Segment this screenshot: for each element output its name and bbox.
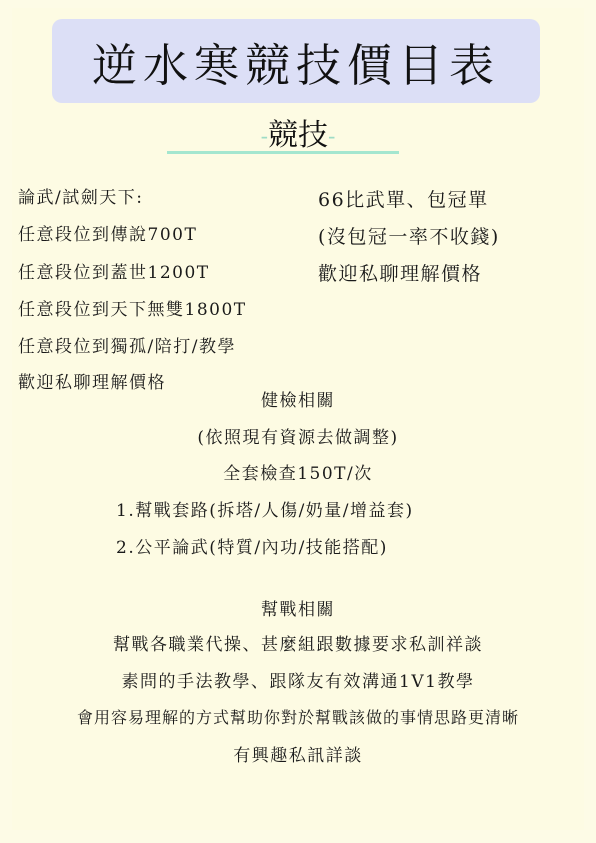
- arena-right-line: 歡迎私聊理解價格: [318, 259, 482, 286]
- title-banner: 逆水寒競技價目表: [52, 19, 540, 103]
- guild-war-heading: 幫戰相關: [0, 595, 596, 620]
- arena-left-line: 任意段位到獨孤/陪打/教學: [18, 332, 236, 357]
- health-check-line: 全套檢查150T/次: [0, 459, 596, 484]
- arena-right-line: 66比武單、包冠單: [318, 185, 489, 212]
- arena-left-line: 論武/試劍天下:: [18, 183, 143, 208]
- guild-war-line: 有興趣私訊詳談: [0, 741, 596, 766]
- subtitle-dash-left: -: [261, 125, 268, 150]
- section-subtitle: -競技-: [0, 110, 596, 154]
- page-title: 逆水寒競技價目表: [92, 29, 500, 94]
- health-check-heading: 健檢相關: [0, 386, 596, 411]
- arena-left-line: 任意段位到天下無雙1800T: [18, 295, 247, 320]
- subtitle-underline: [167, 151, 399, 154]
- arena-left-line: 任意段位到蓋世1200T: [18, 258, 210, 283]
- guild-war-line: 會用容易理解的方式幫助你對於幫戰該做的事情思路更清晰: [0, 705, 596, 728]
- health-check-line: 1.幫戰套路(拆塔/人傷/奶量/增益套): [116, 496, 414, 521]
- subtitle-text: 競技: [268, 118, 328, 153]
- health-check-line: 2.公平論武(特質/內功/技能搭配): [116, 533, 388, 558]
- subtitle-dash-right: -: [328, 125, 335, 150]
- guild-war-line: 素問的手法教學、跟隊友有效溝通1V1教學: [0, 667, 596, 692]
- arena-left-line: 任意段位到傳說700T: [18, 220, 197, 245]
- health-check-line: (依照現有資源去做調整): [0, 423, 596, 448]
- guild-war-line: 幫戰各職業代操、甚麼組跟數據要求私訓祥談: [0, 630, 596, 655]
- arena-right-line: (沒包冠一率不收錢): [318, 222, 500, 249]
